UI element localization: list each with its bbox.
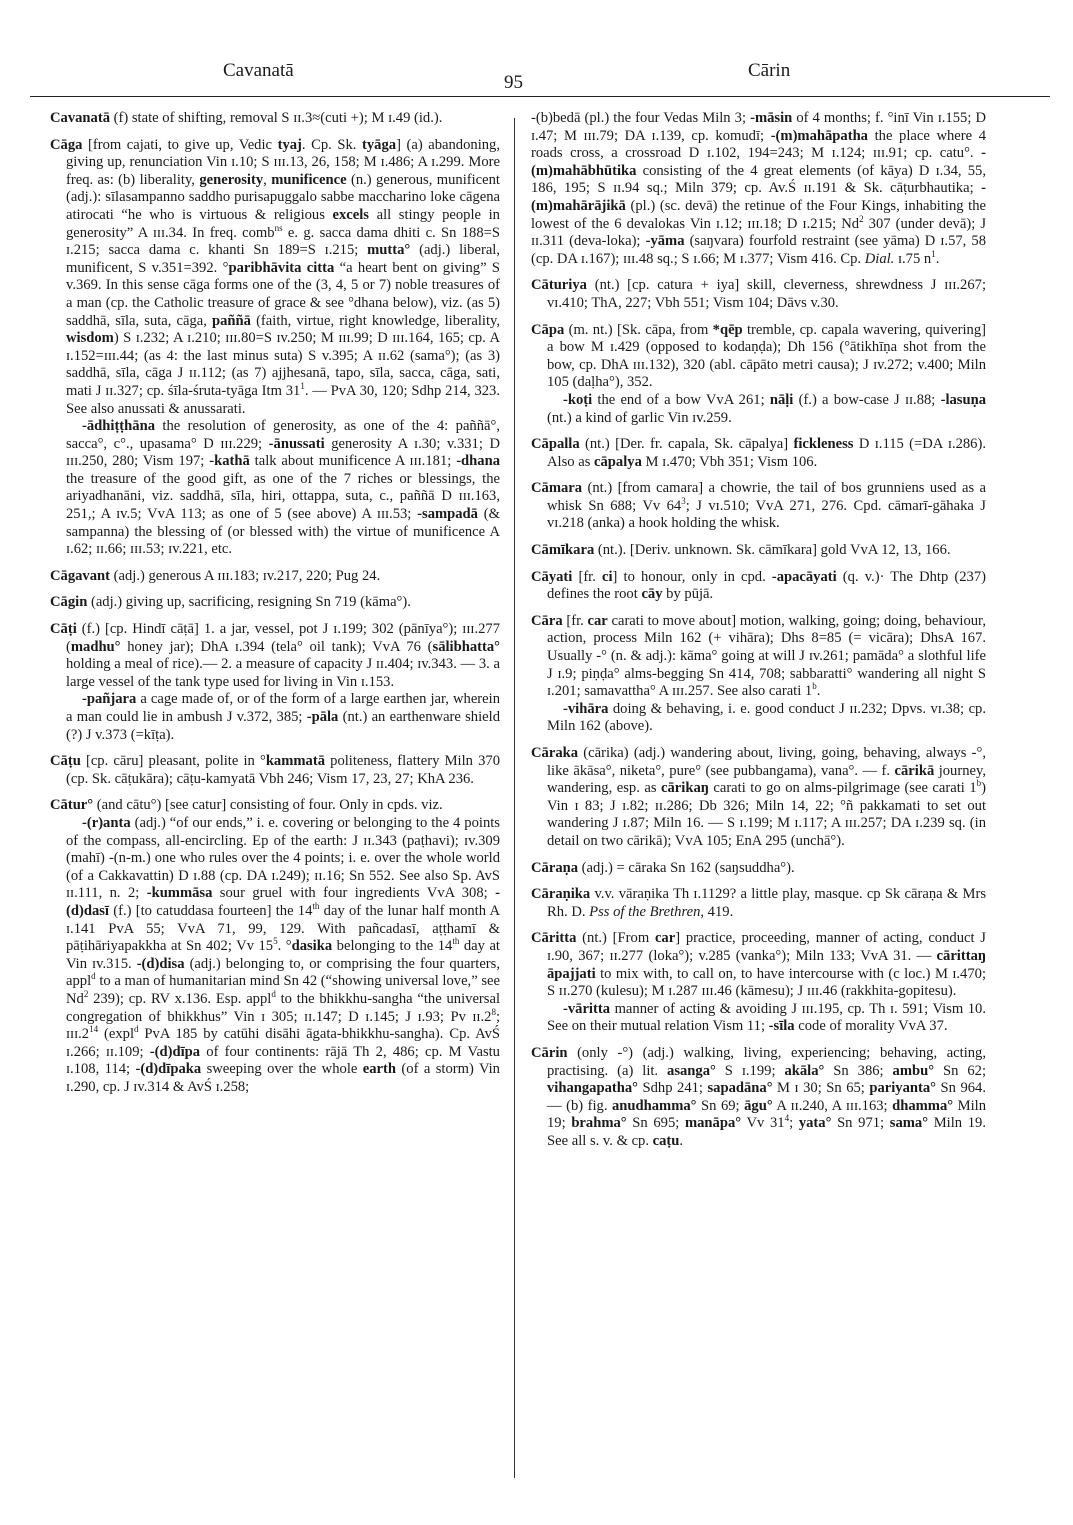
bold-term: ambu° — [893, 1063, 935, 1079]
left-column: Cavanatā (f) state of shifting, removal … — [50, 110, 500, 1105]
superscript: 14 — [89, 1024, 98, 1034]
entry-headword: Cāpa — [531, 322, 564, 338]
entry-headword: Cavanatā — [50, 110, 110, 126]
superscript: b — [812, 681, 817, 691]
bold-term: cārittaŋ āpajjati — [547, 948, 986, 982]
bold-term: car — [655, 930, 675, 946]
running-head-left-headword: Cavanatā — [223, 60, 294, 82]
italic-title: Dial. — [865, 251, 895, 267]
bold-term: -pañjara — [82, 691, 136, 707]
running-head: Cavanatā 95 Cārin — [28, 52, 1050, 82]
dictionary-entry: Cāraka (cārika) (adj.) wandering about, … — [531, 745, 986, 851]
bold-term: cāpalya — [594, 454, 642, 470]
dictionary-entry: Cāgin (adj.) giving up, sacrificing, res… — [50, 594, 500, 612]
entry-headword: Cāgin — [50, 594, 87, 610]
entry-headword: Cāmara — [531, 480, 582, 496]
dictionary-entry: Cāraṇa (adj.) = cāraka Sn 162 (saŋsuddha… — [531, 860, 986, 878]
bold-term: -apacāyati — [772, 569, 837, 585]
entry-headword: Cāraka — [531, 745, 578, 761]
dictionary-entry: Cāra [fr. car carati to move about] moti… — [531, 613, 986, 736]
bold-term: -(m)mahārājikā — [531, 180, 986, 214]
bold-term: -vihāra — [563, 701, 608, 717]
superscript: th — [452, 936, 459, 946]
compound-subentry: -vāritta manner of acting & avoiding J ɪ… — [547, 1001, 986, 1036]
dictionary-entry: Cāraṇika v.v. vāraṇika Th ɪ.1129? a litt… — [531, 886, 986, 921]
superscript: 8 — [491, 1007, 496, 1017]
dictionary-entry: Cāturiya (nt.) [cp. catura + iya] skill,… — [531, 277, 986, 312]
bold-term: manāpa° — [685, 1115, 741, 1131]
entry-headword: Cātur° — [50, 797, 93, 813]
bold-term: -dhana — [456, 453, 500, 469]
dictionary-entry: Cavanatā (f) state of shifting, removal … — [50, 110, 500, 128]
dictionary-entry: Cāṭi (f.) [cp. Hindī cāṭā] 1. a jar, ves… — [50, 621, 500, 744]
superscript: d — [271, 989, 276, 999]
bold-term: caṭu — [653, 1133, 680, 1149]
bold-term: vihangapatha° — [547, 1080, 638, 1096]
entry-headword: Cāra — [531, 613, 563, 629]
bold-term: car — [588, 613, 608, 629]
superscript: ns — [275, 223, 283, 233]
bold-term: sālibhatta° — [433, 639, 500, 655]
bold-term: -kathā — [209, 453, 250, 469]
bold-term: brahma° — [571, 1115, 626, 1131]
superscript: 2 — [859, 214, 864, 224]
compound-subentry: -(r)anta (adj.) “of our ends,” i. e. cov… — [66, 815, 500, 1097]
entry-headword: Cāgavant — [50, 568, 110, 584]
bold-term: -koṭi — [563, 392, 592, 408]
bold-term: -ādhiṭṭhāna — [82, 418, 155, 434]
dictionary-entry: Cāpalla (nt.) [Der. fr. capala, Sk. cāpa… — [531, 436, 986, 471]
bold-term: anudhamma° — [612, 1098, 697, 1114]
superscript: 1 — [300, 381, 305, 391]
dictionary-entry: Cāritta (nt.) [From car] practice, proce… — [531, 930, 986, 1036]
bold-term: wisdom — [66, 330, 114, 346]
running-head-right-headword: Cārin — [748, 60, 790, 82]
page-number: 95 — [504, 72, 523, 94]
bold-term: fickleness — [793, 436, 853, 452]
bold-term: -ānussati — [269, 436, 325, 452]
bold-term: -(d)dīpa — [150, 1044, 200, 1060]
bold-term: generosity — [199, 172, 263, 188]
entry-headword: Cāga — [50, 137, 82, 153]
bold-term: āgu° — [744, 1098, 773, 1114]
bold-term: dasika — [292, 938, 333, 954]
dictionary-entry: Cāmīkara (nt.). [Deriv. unknown. Sk. cām… — [531, 542, 986, 560]
bold-term: -(m)mahābhūtika — [531, 145, 986, 179]
column-divider — [514, 118, 515, 1478]
dictionary-entry: Cāyati [fr. ci] to honour, only in cpd. … — [531, 569, 986, 604]
bold-term: -(r)anta — [82, 815, 131, 831]
bold-term: yata° — [799, 1115, 832, 1131]
bold-term: tyāga — [362, 137, 396, 153]
bold-term: mutta° — [367, 242, 410, 258]
bold-term: -(d)disa — [137, 956, 185, 972]
bold-term: ci — [602, 569, 613, 585]
dictionary-entry: Cātur° (and cātu°) [see catur] consistin… — [50, 797, 500, 1096]
dictionary-entry: Cāṭu [cp. cāru] pleasant, polite in °kam… — [50, 753, 500, 788]
superscript: 3 — [681, 496, 686, 506]
italic-title: Pss of the Brethren — [589, 904, 700, 920]
bold-term: paribhāvita citta — [228, 260, 334, 276]
entry-headword: Cārin — [531, 1045, 567, 1061]
dictionary-entry: Cāgavant (adj.) generous A ɪɪɪ.183; ɪv.2… — [50, 568, 500, 586]
bold-term: -(d)dīpaka — [135, 1061, 201, 1077]
bold-term: excels — [333, 207, 369, 223]
bold-term: -(m)mahāpatha — [771, 128, 868, 144]
bold-term: -vāritta — [563, 1001, 610, 1017]
compound-subentry: -vihāra doing & behaving, i. e. good con… — [547, 701, 986, 736]
right-column: -(b)bedā (pl.) the four Vedas Miln 3; -m… — [531, 110, 986, 1159]
bold-term: sama° — [890, 1115, 928, 1131]
entry-headword: Cāritta — [531, 930, 576, 946]
bold-term: -pāla — [307, 709, 339, 725]
dictionary-entry: Cāmara (nt.) [from camara] a chowrie, th… — [531, 480, 986, 533]
bold-term: nāḷi — [770, 392, 794, 408]
bold-term: asanga° — [667, 1063, 716, 1079]
compound-subentry: -ādhiṭṭhāna the resolution of generosity… — [66, 418, 500, 559]
header-rule — [30, 96, 1050, 97]
entry-continuation: -(b)bedā (pl.) the four Vedas Miln 3; -m… — [531, 110, 986, 268]
bold-term: paññā — [212, 313, 251, 329]
dictionary-entry: Cāpa (m. nt.) [Sk. cāpa, from *qēp tremb… — [531, 322, 986, 428]
bold-term: tyaj — [278, 137, 302, 153]
bold-term: *qēp — [713, 322, 743, 338]
bold-term: earth — [363, 1061, 396, 1077]
bold-term: cārikā — [895, 763, 935, 779]
compound-subentry: -pañjara a cage made of, or of the form … — [66, 691, 500, 744]
superscript: 4 — [785, 1113, 790, 1123]
bold-term: cāy — [641, 586, 662, 602]
bold-term: cārikaŋ — [661, 780, 709, 796]
entry-headword: Cāraṇa — [531, 860, 578, 876]
superscript: d — [134, 1024, 139, 1034]
bold-term: -sampadā — [417, 506, 478, 522]
bold-term: munificence — [271, 172, 346, 188]
entry-headword: Cāraṇika — [531, 886, 590, 902]
entry-headword: Cāṭu — [50, 753, 81, 769]
superscript: d — [91, 971, 96, 981]
compound-subentry: -koṭi the end of a bow VvA 261; nāḷi (f.… — [547, 392, 986, 427]
superscript: 1 — [931, 249, 936, 259]
entry-headword: Cāpalla — [531, 436, 580, 452]
bold-term: dhamma° — [892, 1098, 953, 1114]
bold-term: -māsin — [750, 110, 792, 126]
bold-term: pariyanta° — [869, 1080, 936, 1096]
bold-term: sapadāna° — [707, 1080, 772, 1096]
entry-headword: Cāṭi — [50, 621, 77, 637]
dictionary-entry: Cāga [from cajati, to give up, Vedic tya… — [50, 137, 500, 559]
bold-term: -kummāsa — [147, 885, 213, 901]
dictionary-entry: Cārin (only -°) (adj.) walking, living, … — [531, 1045, 986, 1151]
superscript: th — [312, 901, 319, 911]
superscript: 2 — [84, 989, 89, 999]
bold-term: -lasuṇa — [941, 392, 986, 408]
entry-headword: Cāmīkara — [531, 542, 594, 558]
entry-headword: Cāturiya — [531, 277, 587, 293]
superscript: b — [977, 778, 982, 788]
bold-term: -sīla — [769, 1018, 795, 1034]
entry-headword: Cāyati — [531, 569, 572, 585]
superscript: 5 — [273, 936, 278, 946]
bold-term: -yāma — [646, 233, 685, 249]
bold-term: akāla° — [784, 1063, 824, 1079]
bold-term: kammatā — [266, 753, 325, 769]
bold-term: -(d)dasī — [66, 885, 500, 919]
bold-term: madhu° — [71, 639, 121, 655]
